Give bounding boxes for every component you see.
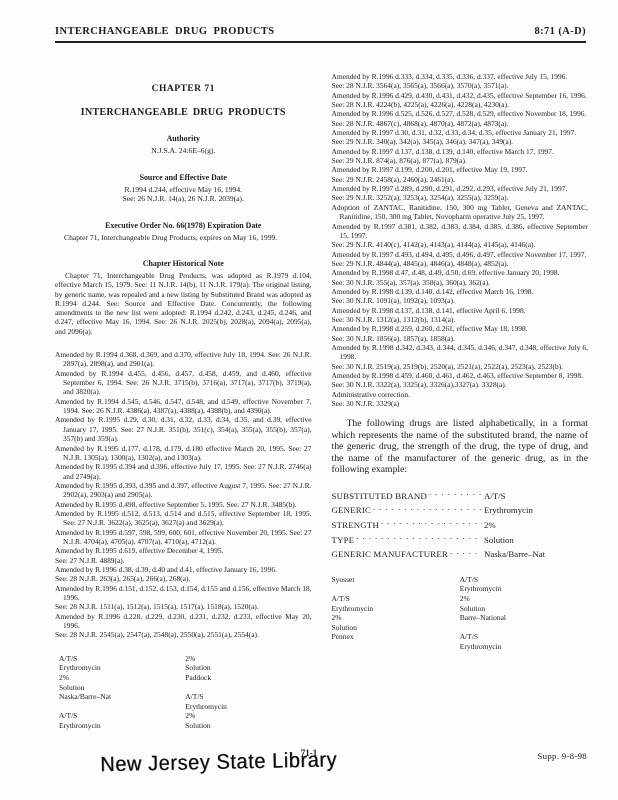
amendment-entry: See: 29 N.J.R. 340(a), 342(a), 345(a), 3… [332,137,589,146]
drug-entry-line: Solution [460,604,588,614]
document-page: INTERCHANGEABLE DRUG PRODUCTS 8:71 (A-D)… [0,0,618,800]
chapter-title-heading: INTERCHANGEABLE DRUG PRODUCTS [55,107,312,118]
drug-entry-line [59,702,185,712]
example-value: 2% [484,520,588,532]
source-line: R.1994 d.244, effective May 16, 1994. [55,185,312,195]
drug-entry-line: Solution [185,721,311,731]
drug-entry-line: A/T/S [460,632,588,642]
drug-entry-line: Pennex [332,632,460,642]
drug-entry-line: 2% [59,673,185,683]
amendment-entry: Amended by R.1994 d.368, d.369, and d.37… [55,350,312,369]
drug-entry-line: Solution [332,623,460,633]
example-value: Naska/Barre–Nat [484,549,588,561]
dot-leader [356,532,482,543]
amendment-entry: See: 28 N.J.R. 3564(a), 3565(a), 3566(a)… [332,81,589,90]
drug-entry-line [185,683,311,693]
drug-entry-line: Naska/Barre–Nat [59,692,185,702]
drug-entry-line: Solution [185,663,311,673]
amendment-entry: See: 30 N.J.R. 3322(a), 3325(a), 3326(a)… [332,380,589,389]
drug-entry-line: 2% [460,594,588,604]
format-example-block: SUBSTITUTED BRAND A/T/S GENERIC Erythrom… [332,488,589,561]
dot-leader [381,517,482,528]
drug-entry-line: Barre–National [460,613,588,623]
drug-entry-line: Erythromycin [332,604,460,614]
amendment-entry: Amended by R.1997 d.493, d.494, d.495, d… [332,250,589,259]
alphabetical-format-paragraph: The following drugs are listed alphabeti… [332,418,589,476]
example-row: SUBSTITUTED BRAND A/T/S [332,488,589,503]
amendment-entry: Amended by R.1994 d.455, d.456, d.457, d… [55,369,312,397]
drug-entries-left: A/T/SErythromycin2%SolutionNaska/Barre–N… [55,654,312,731]
example-value: A/T/S [484,491,588,503]
amendment-entry: See: 28 N.J.R. 2545(a), 2547(a), 2548(a)… [55,630,312,639]
amendment-entry: See: 30 N.J.R. 2519(a), 2519(b), 2520(a)… [332,362,589,371]
amendment-entry: See: 29 N.J.R. 4140(c), 4142(a), 4143(a)… [332,240,589,249]
source-see-line: See: 26 N.J.R. 14(a), 26 N.J.R. 2039(a). [55,194,312,204]
drug-subcolumn: SyossetA/T/SErythromycin2%SolutionPennex [332,575,460,652]
drug-entry-line: A/T/S [59,654,185,664]
drug-entry-line: Erythromycin [185,702,311,712]
example-value: Erythromycin [484,505,588,517]
amendment-entry: Amended by R.1995 d.177, d.178, d.179, d… [55,444,312,463]
drug-subcolumn: A/T/SErythromycin2%SolutionBarre–Nationa… [460,575,588,652]
amendment-entry: See: 29 N.J.R. 3252(a), 3253(a), 3254(a)… [332,193,589,202]
drug-entry-line: Paddock [185,673,311,683]
expiration-text: Chapter 71, Interchangeable Drug Product… [55,233,312,243]
amendment-entry: Amended by R.1994 d.545, d.546, d.547, d… [55,397,312,416]
drug-entry-line: A/T/S [185,692,311,702]
amendment-entry: See: 29 N.J.R. 2458(a), 2460(a), 2461(a)… [332,175,589,184]
header-section-number: 8:71 (A-D) [534,26,586,37]
historical-note-paragraph: Chapter 71, Interchangeable Drug Product… [55,271,312,336]
amendment-entry: Amended by R.1996 d.333, d.334, d.335, d… [332,72,589,81]
right-column: Amended by R.1996 d.333, d.334, d.335, d… [332,62,589,740]
amendment-entry: Amended by R.1996 d.525, d.526, d.527, d… [332,109,589,118]
expiration-heading: Executive Order No. 66(1978) Expiration … [55,221,312,230]
amendment-entry: See: 28 N.J.R. 4224(b), 4225(a), 4226(a)… [332,100,589,109]
dot-leader [450,546,482,557]
amendment-entry: See: 29 N.J.R. 4844(a), 4845(a), 4846(a)… [332,259,589,268]
amendment-entry: Amended by R.1995 d.394 and d.396, effec… [55,462,312,481]
two-column-body: CHAPTER 71 INTERCHANGEABLE DRUG PRODUCTS… [55,62,588,740]
amendment-entry: Amended by R.1996 d.228, d.229, d.230, d… [55,612,312,631]
drug-entry-line: Syosset [332,575,460,585]
drug-entry-line: 2% [185,711,311,721]
drug-entry-line: Erythromycin [59,663,185,673]
amendment-entry: Amended by R.1997 d.137, d.138, d.139, d… [332,147,589,156]
supplement-date: Supp. 9-8-98 [537,751,587,761]
amendment-list-left: Amended by R.1994 d.368, d.369, and d.37… [55,350,312,640]
drug-subcolumn: 2%SolutionPaddockA/T/SErythromycin2%Solu… [185,654,311,731]
drug-entry-line: Erythromycin [460,584,588,594]
example-label: SUBSTITUTED BRAND [332,491,428,503]
amendment-entry: Amended by R.1997 d.30, d.31, d.32, d.33… [332,128,589,137]
amendment-entry: Amended by R.1998 d.137, d.138, d.141, e… [332,306,589,315]
amendment-entry: Administrative correction. [332,390,589,399]
example-row: GENERIC MANUFACTURER Naska/Barre–Nat [332,546,589,561]
drug-entry-line: 2% [332,613,460,623]
amendment-entry: See: 30 N.J.R. 3329(a) [332,399,589,408]
drug-entry-line: 2% [185,654,311,664]
example-label: GENERIC MANUFACTURER [332,549,449,561]
example-value: Solution [484,535,588,547]
amendment-entry: Amended by R.1995 d.393, d.395 and d.397… [55,481,312,500]
drug-subcolumn: A/T/SErythromycin2%SolutionNaska/Barre–N… [55,654,185,731]
library-stamp: New Jersey State Library [100,748,337,778]
amendment-entry: Amended by R.1997 d.381, d.382, d.383, d… [332,222,589,241]
drug-entry-line [460,623,588,633]
amendment-entry: Amended by R.1997 d.199, d.200, d.201, e… [332,165,589,174]
example-label: TYPE [332,535,355,547]
amendment-entry: See: 30 N.J.R. 1312(a), 1312(b), 1314(a)… [332,315,589,324]
amendment-list-right: Amended by R.1996 d.333, d.334, d.335, d… [332,72,589,408]
example-row: GENERIC Erythromycin [332,502,589,517]
amendment-entry: See: 28 N.J.R. 1511(a), 1512(a), 1515(a)… [55,602,312,611]
drug-entry-line: A/T/S [59,711,185,721]
amendment-entry: Amended by R.1995 d.619, effective Decem… [55,546,312,555]
amendment-entry: Amended by R.1998 d.139, d.140, d.142, e… [332,287,589,296]
authority-heading: Authority [55,134,312,143]
amendment-entry: Amended by R.1995 d.597, 598, 599, 600, … [55,528,312,547]
amendment-entry: See: 28 N.J.R. 263(a), 265(a), 266(a), 2… [55,574,312,583]
amendment-entry: Amended by R.1996 d.38, d.39, d.40 and d… [55,565,312,574]
drug-entry-line [332,584,460,594]
amendment-entry: Amended by R.1996 d.429, d.430, d.431, d… [332,91,589,100]
amendment-entry: See: 30 N.J.R. 1091(a), 1092(a), 1093(a)… [332,296,589,305]
authority-citation: N.J.S.A. 24:6E–6(g). [55,146,312,156]
amendment-entry: See: 27 N.J.R. 4889(a). [55,556,312,565]
amendment-entry: See: 28 N.J.R. 4867(c), 4868(a), 4870(a)… [332,119,589,128]
example-label: GENERIC [332,505,372,517]
amendment-entry: Adoption of ZANTAC, Ranitidine, 150, 300… [332,203,589,222]
chapter-number-heading: CHAPTER 71 [55,84,312,94]
drug-entries-right: SyossetA/T/SErythromycin2%SolutionPennex… [332,575,589,652]
drug-entry-line: Solution [59,683,185,693]
amendment-entry: Amended by R.1995 d.512, d.513, d.514 an… [55,509,312,528]
drug-entry-line: A/T/S [460,575,588,585]
source-heading: Source and Effective Date [55,173,312,182]
drug-entry-line: A/T/S [332,594,460,604]
example-row: TYPE Solution [332,532,589,547]
example-label: STRENGTH [332,520,380,532]
amendment-entry: See: 30 N.J.R. 355(a), 357(a). 358(a), 3… [332,278,589,287]
amendment-entry: Amended by R.1998 d.459, d.460, d.461, d… [332,371,589,380]
dot-leader [373,502,482,513]
amendment-entry: Amended by R.1998 d.259, d.260, d.261, e… [332,324,589,333]
amendment-entry: See: 30 N.J.R. 1856(a), 1857(a), 1858(a)… [332,334,589,343]
amendment-entry: Amended by R.1996 d.151, d.152, d.153, d… [55,584,312,603]
drug-entry-line: Erythromycin [59,721,185,731]
header-title: INTERCHANGEABLE DRUG PRODUCTS [55,26,274,37]
historical-note-heading: Chapter Historical Note [55,259,312,268]
amendment-entry: See: 29 N.J.R. 874(a), 876(a), 877(a), 8… [332,156,589,165]
running-header: INTERCHANGEABLE DRUG PRODUCTS 8:71 (A-D) [55,26,586,43]
amendment-entry: Amended by R.1995 d.498, effective Septe… [55,500,312,509]
amendment-entry: Amended by R.1997 d.289, d.290, d.291, d… [332,184,589,193]
drug-entry-line: Erythromycin [460,642,588,652]
example-row: STRENGTH 2% [332,517,589,532]
left-column: CHAPTER 71 INTERCHANGEABLE DRUG PRODUCTS… [55,62,312,740]
amendment-entry: Amended by R.1998 d.47, d.48, d.49, d.50… [332,268,589,277]
dot-leader [429,488,482,499]
amendment-entry: Amended by R.1995 d.29, d.30, d.31, d.32… [55,415,312,443]
amendment-entry: Amended by R.1998 d.342, d.343, d.344, d… [332,343,589,362]
